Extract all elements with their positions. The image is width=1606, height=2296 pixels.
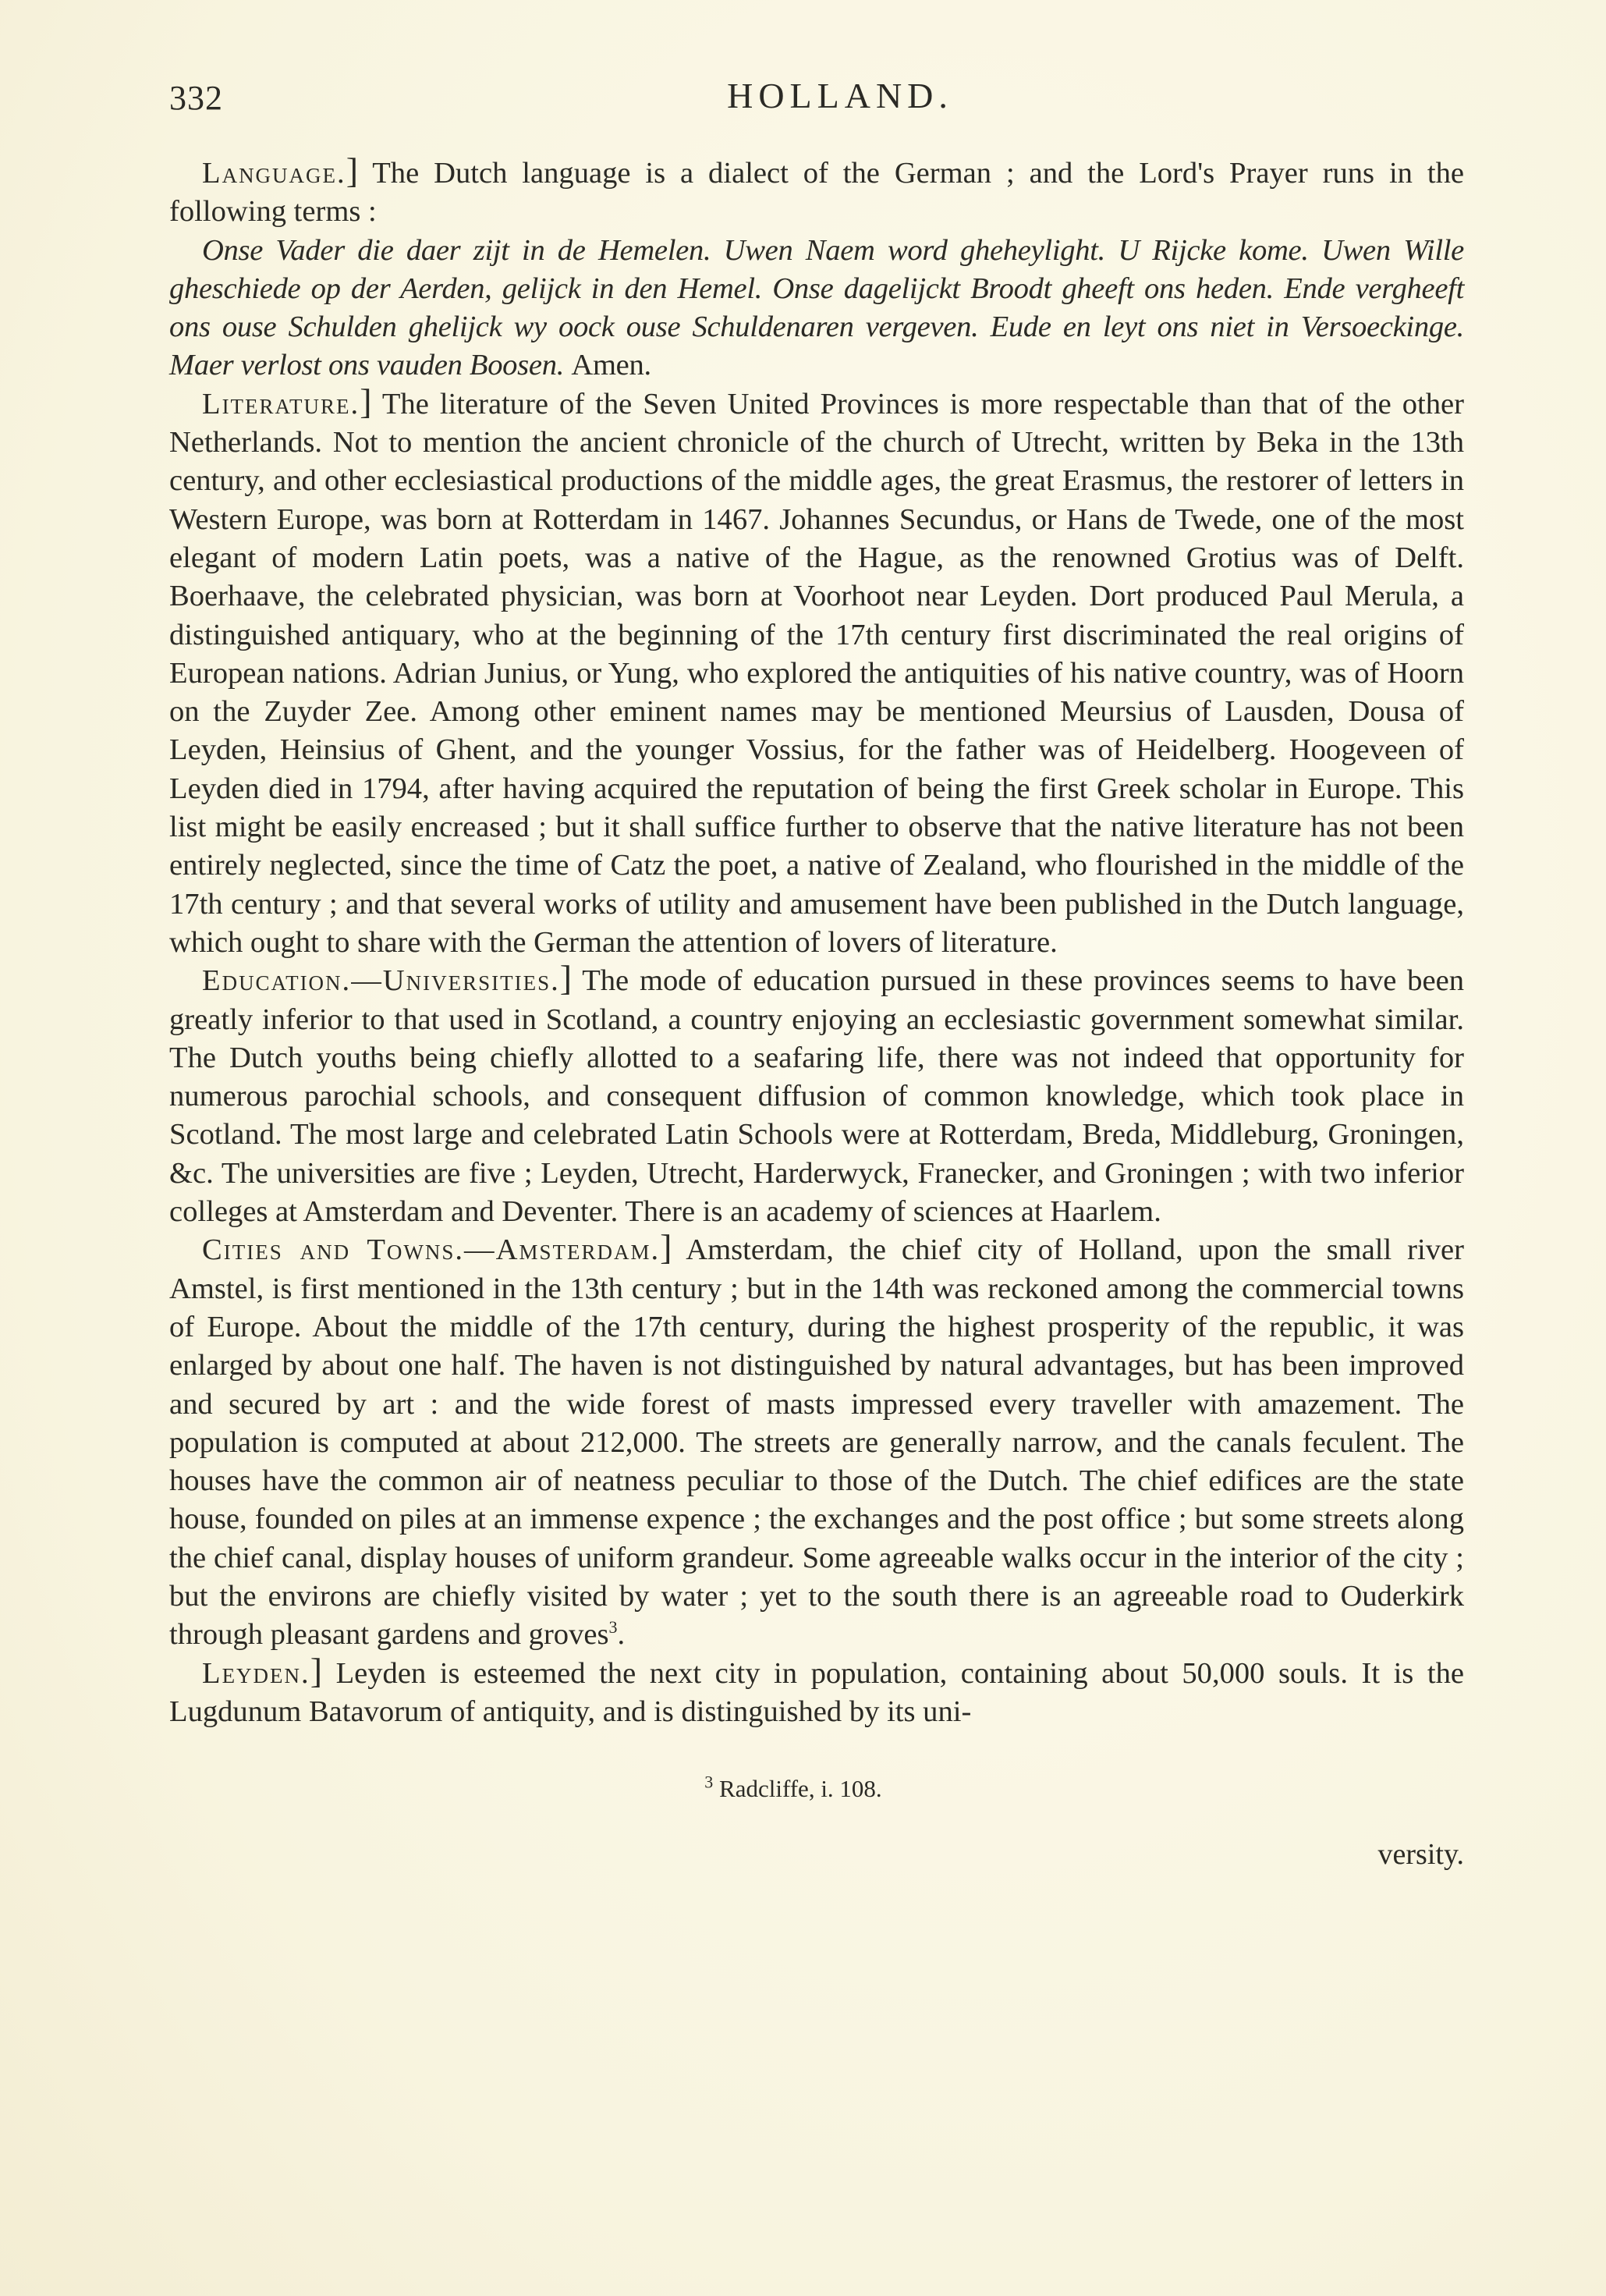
section-text: Amsterdam, the chief city of Holland, up… bbox=[169, 1233, 1464, 1651]
prayer-text: Onse Vader die daer zijt in de Hemelen. … bbox=[169, 234, 1464, 382]
section-text: The mode of education pursued in these p… bbox=[169, 964, 1464, 1228]
section-leyden: Leyden.] Leyden is esteemed the next cit… bbox=[169, 1655, 1464, 1732]
catchword: versity. bbox=[169, 1837, 1464, 1872]
footnote: 3 Radcliffe, i. 108. bbox=[169, 1775, 1464, 1803]
section-cities: Cities and Towns.—Amsterdam.] Amsterdam,… bbox=[169, 1231, 1464, 1654]
running-head: HOLLAND. bbox=[169, 75, 1464, 116]
section-education: Education.—Universities.] The mode of ed… bbox=[169, 962, 1464, 1231]
section-text: Leyden is esteemed the next city in popu… bbox=[169, 1657, 1464, 1728]
prayer-amen: Amen. bbox=[571, 349, 651, 381]
footnote-marker: 3 bbox=[704, 1773, 713, 1792]
section-language: Language.] The Dutch language is a diale… bbox=[169, 154, 1464, 232]
section-heading: Education.—Universities. bbox=[202, 964, 560, 997]
section-literature: Literature.] The literature of the Seven… bbox=[169, 385, 1464, 962]
bracket-glyph: ] bbox=[660, 1227, 672, 1267]
section-heading: Literature. bbox=[202, 388, 360, 421]
section-text: The Dutch language is a dialect of the G… bbox=[169, 157, 1464, 228]
bracket-glyph: ] bbox=[560, 958, 572, 998]
bracket-glyph: ] bbox=[346, 151, 358, 190]
bracket-glyph: ] bbox=[310, 1651, 322, 1691]
section-heading: Cities and Towns.—Amsterdam. bbox=[202, 1233, 660, 1266]
body-text: Language.] The Dutch language is a diale… bbox=[169, 154, 1464, 1731]
bracket-glyph: ] bbox=[360, 381, 371, 421]
section-heading: Leyden. bbox=[202, 1657, 310, 1690]
book-page: 332 HOLLAND. Language.] The Dutch langua… bbox=[169, 72, 1464, 1872]
lords-prayer: Onse Vader die daer zijt in de Hemelen. … bbox=[169, 232, 1464, 385]
section-text: The literature of the Seven United Provi… bbox=[169, 388, 1464, 959]
page-header: 332 HOLLAND. bbox=[169, 72, 1464, 134]
footnote-reference: 3 bbox=[609, 1617, 618, 1637]
section-heading: Language. bbox=[202, 157, 346, 190]
sentence-end: . bbox=[618, 1618, 626, 1651]
footnote-text: Radcliffe, i. 108. bbox=[719, 1775, 882, 1802]
